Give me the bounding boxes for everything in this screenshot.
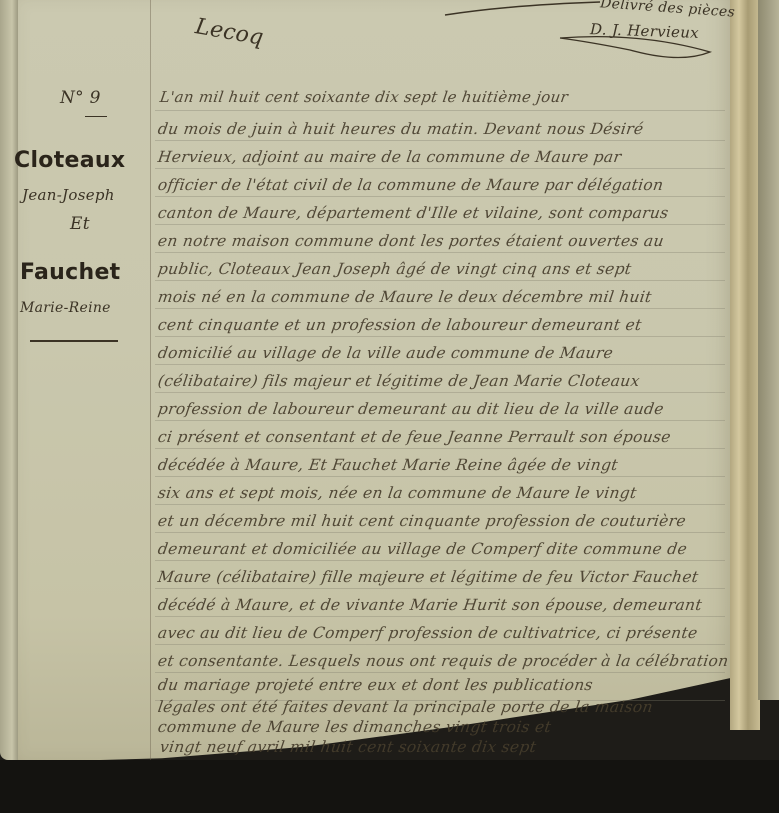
body-line: et un décembre mil huit cent cinquante p… (157, 512, 687, 530)
signature-flourish-icon (440, 0, 740, 70)
bride-given-names: Marie-Reine (20, 300, 111, 316)
entry-number-underline (85, 116, 107, 117)
body-line: demeurant et domiciliée au village de Co… (157, 540, 689, 558)
groom-given-names: Jean-Joseph (22, 186, 115, 204)
conjunction: Et (70, 214, 90, 234)
margin-divider (30, 340, 118, 342)
body-line: (célibataire) fils majeur et légitime de… (157, 372, 641, 390)
bride-surname: Fauchet (20, 260, 121, 285)
body-line: canton de Maure, département d'Ille et v… (157, 204, 670, 222)
body-line: en notre maison commune dont les portes … (157, 232, 665, 250)
body-line: vingt neuf avril mil huit cent soixante … (159, 738, 538, 756)
body-line: public, Cloteaux Jean Joseph âgé de ving… (157, 260, 633, 278)
background-shadow (0, 760, 779, 813)
body-line: décédée à Maure, Et Fauchet Marie Reine … (157, 456, 619, 474)
body-line: six ans et sept mois, née en la commune … (157, 484, 638, 502)
page-stack-edge (730, 0, 760, 730)
body-line: du mois de juin à huit heures du matin. … (157, 120, 645, 138)
next-page-edge (758, 0, 779, 700)
body-line: officier de l'état civil de la commune d… (157, 176, 665, 194)
body-line: Hervieux, adjoint au maire de la commune… (157, 148, 623, 166)
body-line: mois né en la commune de Maure le deux d… (157, 288, 653, 306)
body-line: et consentante. Lesquels nous ont requis… (157, 652, 730, 670)
margin-rule (150, 0, 151, 760)
body-line: avec au dit lieu de Comperf profession d… (157, 624, 699, 642)
body-line: décédé à Maure, et de vivante Marie Huri… (157, 596, 703, 614)
body-line: domicilié au village de la ville aude co… (157, 344, 615, 362)
document-photo: Délivré des pièces D. J. Hervieux Lecoq … (0, 0, 779, 813)
entry-number: N° 9 (60, 88, 101, 108)
groom-surname: Cloteaux (14, 148, 125, 173)
body-line: Maure (célibataire) fille majeure et lég… (157, 568, 700, 586)
body-line: ci présent et consentant et de feue Jean… (157, 428, 672, 446)
body-line: profession de laboureur demeurant au dit… (157, 400, 665, 418)
left-page-edge (0, 0, 20, 760)
body-line: L'an mil huit cent soixante dix sept le … (159, 88, 570, 106)
body-line: commune de Maure les dimanches vingt tro… (157, 718, 553, 736)
body-line: légales ont été faites devant la princip… (157, 698, 654, 716)
body-line: cent cinquante et un profession de labou… (157, 316, 643, 334)
body-line: du mariage projeté entre eux et dont les… (157, 676, 594, 694)
